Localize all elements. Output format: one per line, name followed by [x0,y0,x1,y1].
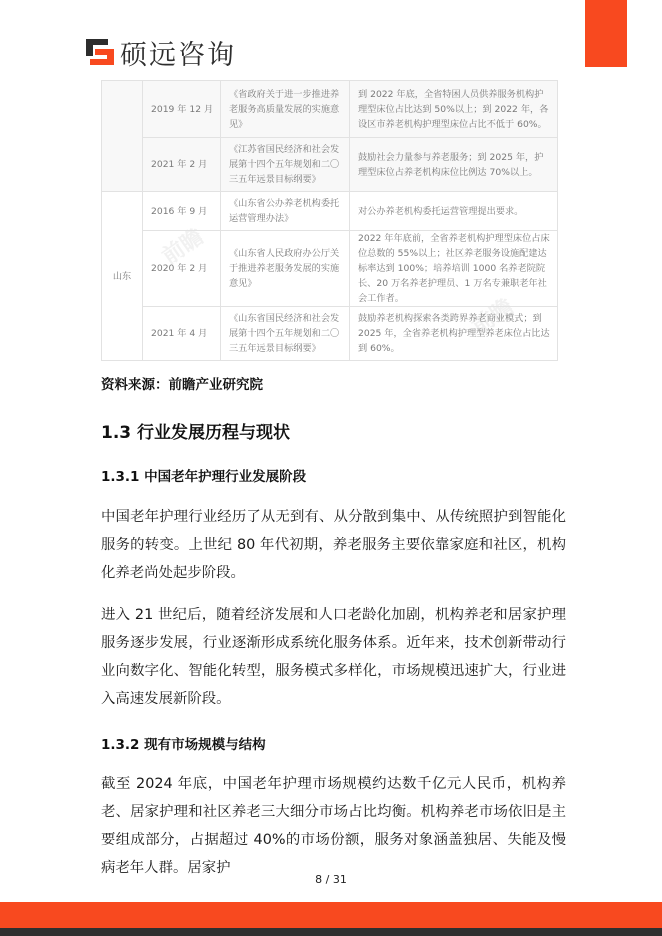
content-cell: 鼓励养老机构探索各类跨界养老商业模式；到 2025 年，全省养老机构护理型养老床… [350,307,558,361]
table-row: 2019 年 12 月 《省政府关于进一步推进养老服务高质量发展的实施意见》 到… [102,81,558,138]
policy-cell: 《省政府关于进一步推进养老服务高质量发展的实施意见》 [221,81,350,138]
policy-cell: 《江苏省国民经济和社会发展第十四个五年规划和二〇三五年远景目标纲要》 [221,138,350,192]
brand-logo: 硕远咨询 [86,36,236,68]
date-cell: 2016 年 9 月 [143,192,221,231]
paragraph: 中国老年护理行业经历了从无到有、从分散到集中、从传统照护到智能化服务的转变。上世… [101,503,566,587]
brand-name: 硕远咨询 [120,33,236,72]
subsection-heading: 1.3.2 现有市场规模与结构 [101,733,266,753]
policy-cell: 《山东省国民经济和社会发展第十四个五年规划和二〇三五年远景目标纲要》 [221,307,350,361]
source-note: 资料来源：前瞻产业研究院 [101,373,263,393]
footer-accent-bar [0,902,662,928]
paragraph: 进入 21 世纪后，随着经济发展和人口老龄化加剧，机构养老和居家护理服务逐步发展… [101,601,566,713]
date-cell: 2019 年 12 月 [143,81,221,138]
date-cell: 2021 年 4 月 [143,307,221,361]
province-cell [102,81,143,192]
policy-cell: 《山东省人民政府办公厅关于推进养老服务发展的实施意见》 [221,231,350,307]
page-number: 8 / 31 [0,873,662,886]
s-logo-icon [86,39,114,65]
table-row: 山东 2016 年 9 月 《山东省公办养老机构委托运营管理办法》 对公办养老机… [102,192,558,231]
header-accent-tab [585,0,627,67]
date-cell: 2021 年 2 月 [143,138,221,192]
subsection-heading: 1.3.1 中国老年护理行业发展阶段 [101,465,306,485]
policy-table: 2019 年 12 月 《省政府关于进一步推进养老服务高质量发展的实施意见》 到… [101,80,558,361]
content-cell: 鼓励社会力量参与养老服务；到 2025 年，护理型床位占养老机构床位比例达 70… [350,138,558,192]
section-heading: 1.3 行业发展历程与现状 [101,418,290,443]
date-cell: 2020 年 2 月 [143,231,221,307]
table-row: 2021 年 2 月 《江苏省国民经济和社会发展第十四个五年规划和二〇三五年远景… [102,138,558,192]
policy-cell: 《山东省公办养老机构委托运营管理办法》 [221,192,350,231]
paragraph: 截至 2024 年底，中国老年护理市场规模约达数千亿元人民币，机构养老、居家护理… [101,770,566,882]
footer-dark-bar [0,928,662,936]
province-cell: 山东 [102,192,143,361]
content-cell: 2022 年年底前，全省养老机构护理型床位占床位总数的 55%以上；社区养老服务… [350,231,558,307]
content-cell: 到 2022 年底，全省特困人员供养服务机构护理型床位占比达到 50%以上；到 … [350,81,558,138]
content-cell: 对公办养老机构委托运营管理提出要求。 [350,192,558,231]
table-row: 2021 年 4 月 《山东省国民经济和社会发展第十四个五年规划和二〇三五年远景… [102,307,558,361]
table-row: 2020 年 2 月 《山东省人民政府办公厅关于推进养老服务发展的实施意见》 2… [102,231,558,307]
